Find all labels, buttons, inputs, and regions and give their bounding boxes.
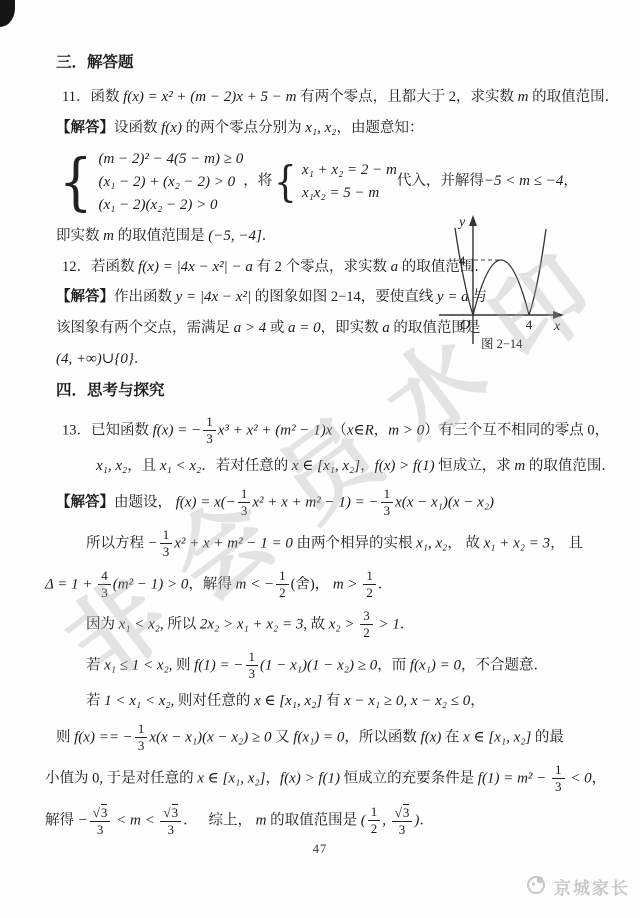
math-run: f(x) > f(1)	[375, 458, 435, 474]
text-run: 若	[86, 693, 104, 709]
problem-11: 11．函数 f(x) = x² + (m − 2)x + 5 − m 有两个零点…	[62, 87, 594, 109]
fraction-denominator: 3	[97, 822, 104, 838]
math-run: x³ + x² + (m² − 1)x	[218, 422, 333, 438]
math-run: a > 4	[234, 320, 267, 336]
math-run: a	[382, 320, 390, 336]
text-run: ，	[265, 770, 280, 786]
math-run: x ∈ [x₁, x₂]	[292, 458, 360, 474]
fraction-numerator: √3	[392, 804, 413, 822]
text-run: 设函数	[114, 120, 161, 136]
math-run: f(1) = −	[194, 658, 243, 674]
y-axis-arrow	[469, 215, 477, 226]
math-run: < m <	[112, 812, 158, 828]
fraction-denominator: 3	[206, 431, 213, 447]
text-run: ，	[563, 171, 578, 192]
text-run: ．	[378, 576, 393, 592]
text-run: 则	[56, 729, 74, 745]
system-rows: (m − 2)² − 4(5 − m) ≥ 0(x₁ − 2) + (x₂ − …	[98, 149, 243, 215]
math-run: (x₁ − 2) + (x₂ − 2) > 0	[98, 174, 235, 190]
math-run: x(x − x₁)(x − x₂) ≥ 0	[149, 729, 271, 745]
fraction-denominator: 3	[241, 503, 248, 519]
fraction: 13	[381, 487, 394, 519]
section-heading-4: 四．思考与探究	[56, 380, 594, 402]
math-run: m	[256, 812, 267, 828]
text-run: ，不合题意．	[461, 658, 548, 674]
fraction-numerator: 1	[552, 763, 565, 779]
text-run: 13．已知函数	[62, 422, 153, 438]
radical-sign: √	[163, 806, 170, 821]
x-axis-arrow	[553, 311, 564, 319]
text-run: , 故	[303, 617, 328, 633]
text-run: 的取值范围．	[528, 89, 619, 105]
section-heading-3: 三．解答题	[56, 52, 594, 74]
text-run: ，所以函数	[344, 729, 420, 745]
math-run: (m − 2)² − 4(5 − m) ≥ 0	[98, 151, 243, 167]
fraction-numerator: 1	[381, 487, 394, 503]
text-run: ，解得	[188, 576, 235, 592]
math-run: x₂ >	[329, 617, 359, 633]
fraction-numerator: 1	[363, 569, 376, 585]
text-run: ，	[470, 693, 485, 709]
text-run: 的最	[531, 729, 564, 745]
text-run: ．	[400, 617, 415, 633]
math-run: x ∈ [x₁, x₂]	[463, 729, 531, 745]
fraction: 12	[276, 569, 289, 601]
text-run: 恒成立，求	[435, 458, 515, 474]
equation-system: {x₁ + x₂ = 2 − mx₁x₂ = 5 − m	[272, 160, 397, 203]
math-run: (m² − 1) > 0	[113, 576, 189, 592]
system-row: (m − 2)² − 4(5 − m) ≥ 0	[98, 149, 243, 169]
math-run: (x₁ − 2)(x₂ − 2) > 0	[98, 197, 217, 213]
math-run: −	[148, 535, 158, 551]
math-run: f(x)	[421, 729, 442, 745]
math-run: m >	[333, 576, 361, 592]
text-run: (舍)，	[291, 576, 333, 592]
solution-13-line-7: 则 f(x) == −13x(x − x₁)(x − x₂) ≥ 0 又 f(x…	[56, 722, 594, 754]
solution-13-line-9: 解得 −√33 < m < √33． 综上， m 的取值范围是 (12, √33…	[45, 804, 594, 838]
x-tick-4: 4	[526, 317, 533, 332]
text-run: 在	[441, 729, 463, 745]
scanned-page: { "page_number": "47", "watermarks": { "…	[0, 0, 640, 918]
figure-plot: y x O 4 4 图 2−14	[436, 212, 636, 354]
text-run: , 则	[169, 658, 194, 674]
math-run: x − x₁ ≥ 0, x − x₂ ≤ 0	[344, 693, 470, 709]
text-run: 解得	[45, 812, 78, 828]
math-run: < 0	[567, 770, 592, 786]
solution-13-line-1: 【解答】由题设， f(x) = x(−13x² + x + m² − 1) = …	[56, 487, 594, 519]
text-run: 小值为 0, 于是对任意的	[45, 770, 197, 786]
text-run: ，将	[243, 171, 272, 192]
math-run: x₁x₂ = 5 − m	[302, 185, 379, 201]
text-run: ．若对任意的	[201, 458, 292, 474]
text-run: , 所以	[160, 617, 200, 633]
math-run: ,	[382, 812, 390, 828]
text-run: 三．解答题	[56, 54, 134, 71]
fraction: √33	[392, 804, 413, 838]
fraction-numerator: 1	[135, 722, 148, 738]
system-row: x₁ + x₂ = 2 − m	[302, 160, 397, 180]
text-run: ， 故	[447, 535, 483, 551]
brand-watermark: 京城家长	[525, 872, 630, 901]
text-run: 代入，并解得	[397, 171, 484, 192]
page-number: 47	[0, 842, 640, 857]
text-run: 11．函数	[62, 89, 123, 105]
fraction-numerator: √3	[90, 804, 111, 822]
solution-13-line-8: 小值为 0, 于是对任意的 x ∈ [x₁, x₂]，f(x) > f(1) 恒…	[45, 763, 594, 795]
fraction-denominator: 3	[555, 779, 562, 795]
math-run: 1 < x₁ < x₂	[104, 693, 171, 709]
math-run: m	[103, 228, 114, 244]
math-run: x₁ < x₂	[119, 617, 160, 633]
math-run: 2x₂ > x₁ + x₂ = 3	[200, 617, 303, 633]
equation-system: {(m − 2)² − 4(5 − m) ≥ 0(x₁ − 2) + (x₂ −…	[56, 149, 243, 215]
text-run: 作出函数	[114, 289, 176, 305]
math-run: m	[514, 458, 525, 474]
fraction-numerator: 1	[160, 528, 173, 544]
math-run: x₁, x₂	[96, 458, 127, 474]
fraction-numerator: 1	[276, 569, 289, 585]
fraction-denominator: 3	[249, 666, 256, 682]
fraction: 43	[98, 569, 111, 601]
math-run: x(x − x₁)(x − x₂)	[395, 494, 494, 510]
brand-logo-icon	[525, 872, 549, 901]
text-run: 的取值范围是	[114, 228, 208, 244]
fraction: 13	[552, 763, 565, 795]
text-run: ，	[360, 458, 375, 474]
solution-13-line-2: 所以方程 −13x² + x + m² − 1 = 0 由两个相异的实根 x₁,…	[86, 528, 594, 560]
math-run: x₁, x₂	[416, 535, 447, 551]
text-run: 由两个相异的实根	[293, 535, 416, 551]
math-run: f(x₁) = 0	[293, 729, 344, 745]
text-run: ． 综上，	[183, 812, 256, 828]
radical-sign: √	[93, 806, 100, 821]
fraction-denominator: 3	[138, 738, 145, 754]
math-run: x∈R	[347, 422, 374, 438]
text-run: 即实数	[56, 228, 103, 244]
text-run: ，	[592, 770, 607, 786]
problem-13-line-2: x₁, x₂，且 x₁ < x₂．若对任意的 x ∈ [x₁, x₂]，f(x)…	[96, 456, 594, 478]
fraction-numerator: 4	[98, 569, 111, 585]
system-row: (x₁ − 2) + (x₂ − 2) > 0	[98, 172, 243, 192]
figure-2-14: y x O 4 4 图 2−14	[436, 212, 636, 359]
fraction-denominator: 3	[163, 544, 170, 560]
fraction-denominator: 2	[279, 585, 286, 601]
math-run: f(x₁) = 0	[410, 658, 461, 674]
math-run: a	[391, 259, 399, 275]
curve-hump	[473, 260, 529, 315]
document-page: 三．解答题11．函数 f(x) = x² + (m − 2)x + 5 − m …	[0, 0, 640, 918]
curve-left-branch	[455, 228, 473, 315]
math-run: (1 − x₁)(1 − x₂) ≥ 0	[260, 658, 377, 674]
system-rows: x₁ + x₂ = 2 − mx₁x₂ = 5 − m	[302, 160, 397, 203]
text-run: 【解答】	[56, 289, 114, 305]
math-run: x ∈ [x₁, x₂]	[197, 770, 265, 786]
fraction-denominator: 3	[399, 822, 406, 838]
text-run: 的取值范围是	[266, 812, 360, 828]
text-run: 有	[322, 693, 344, 709]
text-run: ，即实数	[321, 320, 383, 336]
text-run: 由题设，	[114, 494, 176, 510]
fraction-numerator: 3	[360, 609, 373, 625]
math-run: x₁ < x₂	[160, 458, 201, 474]
fraction: √33	[160, 804, 181, 838]
y-axis-label: y	[457, 215, 466, 230]
solution-13-line-5: 若 x₁ ≤ 1 < x₂, 则 f(1) = −13(1 − x₁)(1 − …	[86, 650, 594, 682]
text-run: 恒成立的充要条件是	[340, 770, 478, 786]
fraction-denominator: 3	[168, 822, 175, 838]
math-run: f(x) = −	[153, 422, 202, 438]
text-run: 12．若函数	[62, 259, 138, 275]
text-run: ，且	[127, 458, 160, 474]
figure-caption: 图 2−14	[481, 337, 523, 351]
radical-sign: √	[395, 806, 402, 821]
fraction-numerator: √3	[160, 804, 181, 822]
math-run: (4, +∞)∪{0}	[56, 351, 134, 367]
fraction-numerator: 1	[368, 805, 381, 821]
system-row: x₁x₂ = 5 − m	[302, 183, 397, 203]
solution-13-line-6: 若 1 < x₁ < x₂, 则对任意的 x ∈ [x₁, x₂] 有 x − …	[86, 691, 594, 713]
fraction: 12	[363, 569, 376, 601]
y-tick-4: 4	[459, 253, 466, 268]
solution-13-line-4: 因为 x₁ < x₂, 所以 2x₂ > x₁ + x₂ = 3, 故 x₂ >…	[86, 609, 594, 641]
fraction: 13	[203, 415, 216, 447]
text-run: 若	[86, 658, 104, 674]
text-run: 四．思考与探究	[56, 382, 165, 399]
math-run: y = |4x − x²|	[176, 289, 251, 305]
math-run: f(x) = x(−	[176, 494, 236, 510]
math-run: −5 < m ≤ −4	[484, 171, 563, 193]
math-run: f(x) > f(1)	[280, 770, 340, 786]
math-run: −	[78, 812, 88, 828]
text-run: 或	[266, 320, 288, 336]
math-run: f(x) = |4x − x²| − a	[138, 259, 253, 275]
math-run: Δ = 1 +	[45, 576, 96, 592]
text-run: 又	[272, 729, 294, 745]
text-run: （	[332, 422, 347, 438]
content: 三．解答题11．函数 f(x) = x² + (m − 2)x + 5 − m …	[0, 0, 640, 838]
fraction-denominator: 2	[371, 821, 378, 837]
fraction-denominator: 3	[101, 585, 108, 601]
problem-13-line-1: 13．已知函数 f(x) = −13x³ + x² + (m² − 1)x（x∈…	[62, 415, 594, 447]
math-run: a = 0	[288, 320, 321, 336]
fraction-numerator: 1	[203, 415, 216, 431]
text-run: 有两个零点，且都大于 2，求实数	[297, 89, 518, 105]
fraction: 13	[160, 528, 173, 560]
math-run: x₁ + x₂ = 3	[484, 535, 551, 551]
system-row: (x₁ − 2)(x₂ − 2) > 0	[98, 195, 243, 215]
math-run: f(1) = m² −	[478, 770, 550, 786]
fraction: √33	[90, 804, 111, 838]
math-run: x² + x + m² − 1 = 0	[174, 535, 293, 551]
text-run: ）有三个互不相同的零点 0，	[424, 422, 609, 438]
fraction-denominator: 3	[384, 503, 391, 519]
fraction-denominator: 2	[363, 625, 370, 641]
brace-icon: {	[59, 153, 93, 212]
text-run: ．	[262, 228, 277, 244]
brace-icon: {	[274, 162, 297, 202]
text-run: ，由题意知：	[336, 120, 423, 136]
radicand: 3	[403, 804, 410, 821]
text-run: 【解答】	[56, 494, 114, 510]
text-run: 该图象有两个交点，需满足	[56, 320, 234, 336]
text-run: , 则对任意的	[171, 693, 254, 709]
fraction-numerator: 1	[238, 487, 251, 503]
math-run: m < −	[235, 576, 274, 592]
math-run: x₁, x₂	[305, 120, 336, 136]
math-run: f(x) = x² + (m − 2)x + 5 − m	[123, 89, 296, 105]
radicand: 3	[101, 804, 108, 821]
math-run: m > 0	[388, 422, 424, 438]
text-run: ．	[419, 812, 434, 828]
fraction-numerator: 1	[246, 650, 259, 666]
text-run: ，	[374, 422, 389, 438]
text-run: 因为	[86, 617, 119, 633]
solution-11-system: {(m − 2)² − 4(5 − m) ≥ 0(x₁ − 2) + (x₂ −…	[56, 149, 594, 215]
math-run: x₁ + x₂ = 2 − m	[302, 162, 397, 178]
math-run: m	[518, 89, 529, 105]
text-run: 的图象如图 2−14，要使直线	[251, 289, 437, 305]
text-run: ．	[134, 351, 149, 367]
fraction: 13	[238, 487, 251, 519]
fraction: 32	[360, 609, 373, 641]
math-run: f(x) == −	[74, 729, 133, 745]
math-run: x₁ ≤ 1 < x₂	[104, 658, 169, 674]
x-axis-label: x	[553, 319, 561, 334]
text-run: 的取值范围．	[525, 458, 616, 474]
text-run: 有 2 个零点，求实数	[253, 259, 391, 275]
text-run: 【解答】	[56, 120, 114, 136]
math-run: (	[361, 812, 366, 828]
math-run: (−5, −4]	[208, 228, 262, 244]
math-run: > 1	[375, 617, 400, 633]
curve-right-branch	[529, 229, 546, 315]
fraction: 13	[135, 722, 148, 754]
math-run: f(x)	[161, 120, 182, 136]
text-run: 的两个零点分别为	[182, 120, 305, 136]
origin-label: O	[460, 318, 470, 333]
fraction: 13	[246, 650, 259, 682]
brand-text: 京城家长	[554, 874, 630, 899]
math-run: x ∈ [x₁, x₂]	[254, 693, 322, 709]
solution-11-intro: 【解答】设函数 f(x) 的两个零点分别为 x₁, x₂，由题意知：	[56, 118, 594, 140]
text-run: ，而	[377, 658, 410, 674]
radicand: 3	[172, 804, 179, 821]
fraction: 12	[368, 805, 381, 837]
text-run: 所以方程	[86, 535, 148, 551]
solution-13-line-3: Δ = 1 + 43(m² − 1) > 0，解得 m < −12(舍)， m …	[45, 569, 594, 601]
text-run: ， 且	[550, 535, 583, 551]
math-run: x² + x + m² − 1) = −	[252, 494, 378, 510]
fraction-denominator: 2	[366, 585, 373, 601]
